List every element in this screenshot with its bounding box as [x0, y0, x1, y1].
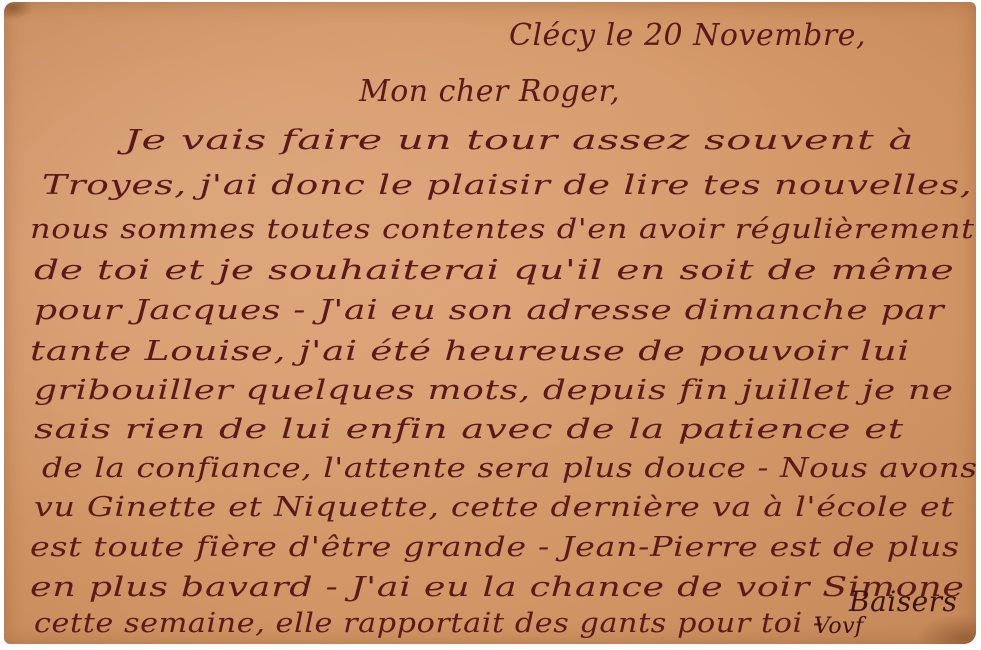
body-line: gribouiller quelques mots, depuis fin ju…	[34, 375, 954, 406]
body-line: pour Jacques - J'ai eu son adresse diman…	[34, 295, 944, 326]
body-line: nous sommes toutes contentes d'en avoir …	[30, 214, 975, 245]
closing: Baisers	[849, 585, 957, 618]
signature: Vovf	[814, 614, 864, 639]
salutation: Mon cher Roger,	[359, 74, 620, 109]
body-line: de toi et je souhaiterai qu'il en soit d…	[34, 255, 954, 286]
postcard: Clécy le 20 Novembre, Mon cher Roger, Je…	[4, 2, 976, 644]
body-line: Je vais faire un tour assez souvent à	[124, 125, 914, 156]
body-line: tante Louise, j'ai été heureuse de pouvo…	[30, 336, 910, 367]
body-line: cette semaine, elle rapportait des gants…	[34, 608, 824, 639]
body-line: Troyes, j'ai donc le plaisir de lire tes…	[42, 170, 972, 201]
body-line: est toute fière d'être grande - Jean-Pie…	[30, 532, 960, 563]
body-line: vu Ginette et Niquette, cette dernière v…	[34, 492, 954, 523]
body-line: en plus bavard - J'ai eu la chance de vo…	[30, 572, 965, 603]
place-date-header: Clécy le 20 Novembre,	[509, 18, 866, 53]
body-line: sais rien de lui enfin avec de la patien…	[34, 414, 904, 445]
body-line: de la confiance, l'attente sera plus dou…	[42, 453, 976, 484]
